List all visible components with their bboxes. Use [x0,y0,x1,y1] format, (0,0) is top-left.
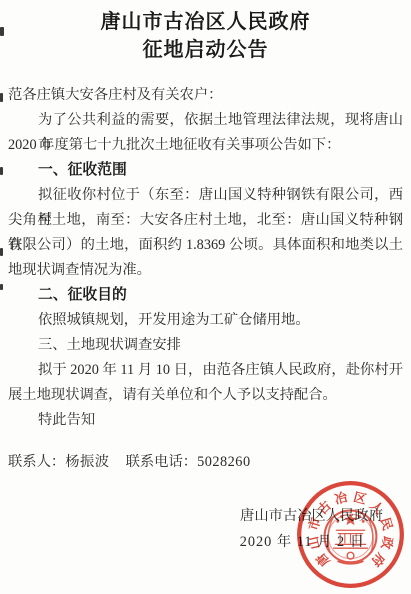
contact-phone-label: 联系电话： [126,454,197,470]
svg-text:古: 古 [314,497,334,517]
seal-arc-text: 唐山市古冶区人民政府 [305,489,396,570]
doc-title-line2: 征地启动公告 [0,37,411,65]
contact-person-label: 联系人： [8,454,65,470]
doc-line: 二、征收目的 [8,283,403,308]
svg-text:山: 山 [305,535,323,551]
svg-text:民: 民 [378,516,396,533]
doc-line: 依照城镇规划，开发用途为工矿仓储用地。 [8,308,403,333]
svg-text:政: 政 [378,535,396,551]
doc-line: 为了公共利益的需要，依据土地管理法律法规，现将唐山市 [8,108,403,133]
doc-line: 一、征收范围 [8,158,403,183]
contact-line: 联系人：杨振波联系电话：5028260 [8,450,403,475]
doc-line: 展土地现状调查，请有关单位和个人予以支持配合。 [8,383,403,408]
doc-line: 有限公司）的土地，面积约 1.8369 公顷。具体面积和地类以土 [8,233,403,258]
doc-line: 范各庄镇大安各庄村及有关农户： [8,83,403,108]
scan-artifact [0,167,3,175]
doc-line: 拟于 2020 年 11 月 10 日，由范各庄镇人民政府，赴你村开 [8,358,403,383]
doc-title: 唐山市古冶区人民政府 征地启动公告 [0,9,411,64]
doc-line: 特此告知 [8,408,403,433]
doc-line: 2020 年度第七十九批次土地征收有关事项公告如下： [8,133,403,158]
doc-body: 范各庄镇大安各庄村及有关农户：为了公共利益的需要，依据土地管理法律法规，现将唐山… [8,83,403,433]
contact-phone: 5028260 [197,454,251,470]
svg-text:区: 区 [352,489,368,507]
doc-line: 尖角村土地，南至：大安各庄村土地，北至：唐山国义特种钢铁 [8,208,403,233]
svg-text:人: 人 [367,498,387,518]
svg-text:市: 市 [305,515,323,532]
contact-person: 杨振波 [65,454,109,470]
doc-line: 三、土地现状调查安排 [8,333,403,358]
scan-artifact [0,93,3,102]
scan-artifact [0,248,3,256]
document-page: 唐山市古冶区人民政府 征地启动公告 范各庄镇大安各庄村及有关农户：为了公共利益的… [0,0,411,594]
doc-line: 拟征收你村位于（东至：唐山国义特种钢铁有限公司，西至： [8,183,403,208]
national-emblem-icon [325,510,377,563]
scan-artifact [0,284,3,290]
doc-line: 地现状调查情况为准。 [8,258,403,283]
official-seal: 唐山市古冶区人民政府 [294,478,407,591]
doc-title-line1: 唐山市古冶区人民政府 [0,9,411,37]
svg-text:冶: 冶 [333,489,350,507]
